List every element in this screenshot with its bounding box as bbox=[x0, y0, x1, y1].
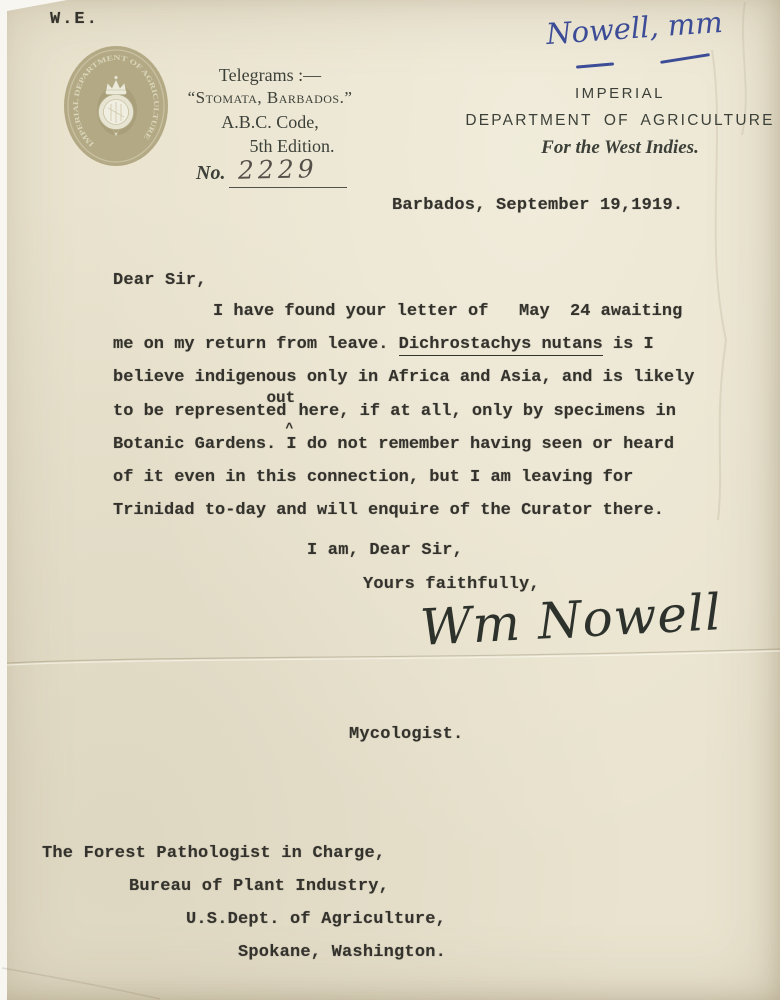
body-text: Trinidad to-day and will enquire of the … bbox=[113, 501, 664, 520]
body-text: is I bbox=[603, 335, 654, 354]
embossed-seal: IMPERIAL DEPARTMENT OF AGRICULTURE bbox=[62, 44, 170, 168]
ref-number-handwritten: 2229 bbox=[238, 156, 318, 182]
body-text: me on my return from leave. bbox=[113, 335, 399, 354]
bottom-crease bbox=[2, 968, 160, 999]
recipient-line: Bureau of Plant Industry, bbox=[129, 878, 389, 895]
body-text: of it even in this connection, but I am … bbox=[113, 468, 633, 487]
annotation-underline bbox=[576, 62, 614, 68]
closing-line-1: I am, Dear Sir, bbox=[307, 542, 463, 559]
telegrams-code: A.B.C. Code, bbox=[185, 112, 355, 133]
pencil-initials: W.E. bbox=[50, 11, 99, 28]
fold-crease-highlight bbox=[7, 651, 780, 665]
caret-mark: ^ bbox=[285, 422, 293, 435]
body-text: here, if at all, only by specimens in bbox=[298, 402, 675, 421]
letterhead-west-indies: For the West Indies. bbox=[480, 137, 760, 159]
body-text: believe indigenous only in Africa and As… bbox=[113, 368, 695, 387]
ref-number-label: No. bbox=[196, 162, 225, 185]
telegrams-label: Telegrams :— bbox=[185, 65, 355, 86]
letter-body: I have found your letter of May 24 await… bbox=[113, 295, 753, 527]
recipient-line: The Forest Pathologist in Charge, bbox=[42, 845, 385, 862]
letter-body-line: I have found your letter of May 24 await… bbox=[113, 295, 753, 328]
letter-body-line: believe indigenous only in Africa and As… bbox=[113, 361, 753, 394]
recipient-line: U.S.Dept. of Agriculture, bbox=[186, 911, 446, 928]
letter-body-line: Trinidad to-day and will enquire of the … bbox=[113, 494, 753, 527]
telegrams-address: “Stomata, Barbados.” bbox=[156, 88, 384, 108]
ref-number-rule bbox=[229, 187, 347, 188]
letter-body-line: of it even in this connection, but I am … bbox=[113, 461, 753, 494]
salutation: Dear Sir, bbox=[113, 272, 207, 289]
letter-page: W.E. IMPERIAL DEPARTMENT OF AGRICULTURE … bbox=[0, 0, 780, 1000]
letter-body-line: to be representedout^here, if at all, on… bbox=[113, 395, 753, 428]
signer-title: Mycologist. bbox=[349, 726, 463, 743]
scan-edge-left bbox=[0, 0, 7, 1000]
dateline: Barbados, September 19,1919. bbox=[392, 197, 683, 214]
letter-body-line: me on my return from leave. Dichrostachy… bbox=[113, 328, 753, 361]
fold-crease bbox=[7, 649, 780, 663]
inserted-word: out bbox=[266, 390, 295, 406]
letter-body-line: Botanic Gardens. I do not remember havin… bbox=[113, 428, 753, 461]
body-text: Botanic Gardens. I do not remember havin… bbox=[113, 435, 674, 454]
recipient-line: Spokane, Washington. bbox=[238, 944, 446, 961]
annotation-underline bbox=[660, 53, 710, 63]
body-text: I have found your letter of May 24 await… bbox=[213, 302, 682, 321]
body-text: to be represented bbox=[113, 402, 286, 421]
closing-line-2: Yours faithfully, bbox=[363, 576, 540, 593]
letterhead-imperial: IMPERIAL bbox=[480, 85, 760, 102]
crown-orb bbox=[114, 76, 117, 79]
handwritten-annotation: Nowell, mm bbox=[545, 6, 724, 50]
crown-band bbox=[106, 90, 127, 95]
underlined-species-name: Dichrostachys nutans bbox=[399, 335, 603, 356]
letterhead-department: DEPARTMENT OF AGRICULTURE bbox=[445, 112, 780, 130]
